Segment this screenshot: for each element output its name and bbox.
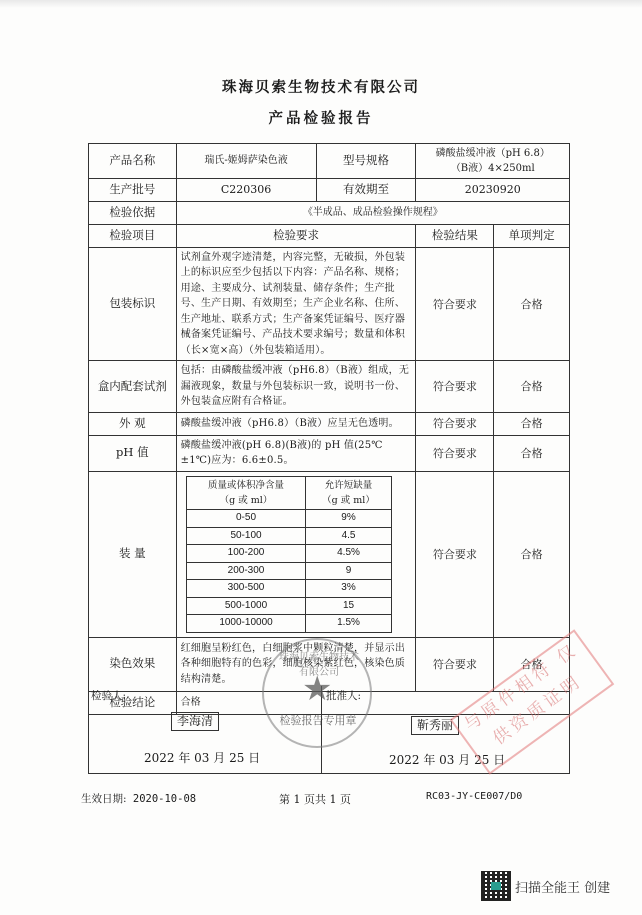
allowed-shortage: 3% xyxy=(306,580,391,598)
table-row: 装 量 质量或体积净含量 （g 或 ml） 允许短缺量 （g 或 ml） 0-5… xyxy=(89,471,570,637)
row-requirement: 红细胞呈粉红色，白细胞浆中颗粒清楚，并显示出各种细胞特有的色彩，细胞核染紫红色，… xyxy=(176,637,416,691)
fill-quantity-row: 0-509% xyxy=(186,510,391,528)
company-name: 珠海贝索生物技术有限公司 xyxy=(0,76,642,97)
fill-quantity-row: 300-5003% xyxy=(186,580,391,598)
table-row: 外 观 磷酸盐缓冲液（pH6.8）（B液）应呈无色透明。 符合要求 合格 xyxy=(89,412,570,435)
allowed-shortage: 1.5% xyxy=(306,615,391,633)
row-result: 符合要求 xyxy=(416,637,494,691)
spec-line-2: （B液）4×250ml xyxy=(420,161,565,176)
row-result: 符合要求 xyxy=(416,361,494,413)
col1-line2: （g 或 ml） xyxy=(189,493,304,508)
column-header-row: 检验项目 检验要求 检验结果 单项判定 xyxy=(89,225,570,248)
row-verdict: 合格 xyxy=(494,361,570,413)
row-verdict: 合格 xyxy=(494,637,570,691)
watermark-text: 扫描全能王 创建 xyxy=(515,877,610,896)
document-page: 珠海贝索生物技术有限公司 产品检验报告 产品名称 瑞氏-姬姆萨染色液 型号规格 … xyxy=(0,0,642,915)
approver-name: 靳秀丽 xyxy=(411,716,459,735)
fill-quantity-col1: 质量或体积净含量 （g 或 ml） xyxy=(186,476,306,509)
col1-line1: 质量或体积净含量 xyxy=(189,478,304,493)
effective-date: 生效日期: 2020-10-08 xyxy=(81,791,196,806)
row-requirement: 试剂盒外观字迹清楚，内容完整，无破损，外包装上的标识应至少包括以下内容：产品名称… xyxy=(176,247,416,361)
table-row: pH 值 磷酸盐缓冲液(pH 6.8)(B液)的 pH 值(25℃±1℃)应为：… xyxy=(89,435,570,471)
col-verdict: 单项判定 xyxy=(494,225,570,248)
row-verdict: 合格 xyxy=(494,471,570,637)
net-content: 200-300 xyxy=(186,562,306,580)
batch-row: 生产批号 C220306 有效期至 20230920 xyxy=(89,179,570,202)
row-requirement: 磷酸盐缓冲液(pH 6.8)(B液)的 pH 值(25℃±1℃)应为：6.6±0… xyxy=(176,435,416,471)
scanner-watermark: 扫描全能王 创建 xyxy=(481,871,610,901)
inspector-date: 2022 年 03 月 25 日 xyxy=(144,749,260,766)
row-item: 染色效果 xyxy=(89,637,177,691)
row-result: 符合要求 xyxy=(416,247,494,361)
expiry-value: 20230920 xyxy=(416,179,570,202)
allowed-shortage: 9 xyxy=(306,562,391,580)
basis-row: 检验依据 《半成品、成品检验操作规程》 xyxy=(89,202,570,225)
row-item: 外 观 xyxy=(89,412,177,435)
report-title: 产品检验报告 xyxy=(0,107,642,128)
effective-date-label: 生效日期: xyxy=(81,793,127,805)
row-requirement: 包括：由磷酸盐缓冲液（pH6.8）（B液）组成，无漏液现象，数量与外包装标识一致… xyxy=(176,361,416,413)
signature-divider xyxy=(321,686,322,773)
fill-quantity-row: 500-100015 xyxy=(186,597,391,615)
allowed-shortage: 4.5% xyxy=(306,545,391,563)
row-result: 符合要求 xyxy=(416,471,494,637)
net-content: 50-100 xyxy=(186,527,306,545)
net-content: 500-1000 xyxy=(186,597,306,615)
inspection-table: 产品名称 瑞氏-姬姆萨染色液 型号规格 磷酸盐缓冲液（pH 6.8） （B液）4… xyxy=(88,143,570,715)
batch-label: 生产批号 xyxy=(89,179,177,202)
document-code: RC03-JY-CE007/D0 xyxy=(426,791,522,802)
spec-value: 磷酸盐缓冲液（pH 6.8） （B液）4×250ml xyxy=(416,144,570,179)
row-result: 符合要求 xyxy=(416,412,494,435)
fill-quantity-table: 质量或体积净含量 （g 或 ml） 允许短缺量 （g 或 ml） 0-509% … xyxy=(186,476,392,633)
signature-section: 检验人: 李海清 2022 年 03 月 25 日 批准人: 靳秀丽 2022 … xyxy=(88,686,570,774)
fill-quantity-col2: 允许短缺量 （g 或 ml） xyxy=(306,476,391,509)
expiry-label: 有效期至 xyxy=(316,179,416,202)
effective-date-value: 2020-10-08 xyxy=(133,793,196,805)
table-row: 染色效果 红细胞呈粉红色，白细胞浆中颗粒清楚，并显示出各种细胞特有的色彩，细胞核… xyxy=(89,637,570,691)
row-item: 盒内配套试剂 xyxy=(89,361,177,413)
page-edge xyxy=(0,0,642,8)
fill-quantity-row: 1000-100001.5% xyxy=(186,615,391,633)
net-content: 0-50 xyxy=(186,510,306,528)
fill-quantity-header: 质量或体积净含量 （g 或 ml） 允许短缺量 （g 或 ml） xyxy=(186,476,391,509)
batch-value: C220306 xyxy=(176,179,316,202)
col2-line2: （g 或 ml） xyxy=(308,493,388,508)
allowed-shortage: 15 xyxy=(306,597,391,615)
row-item: 包装标识 xyxy=(89,247,177,361)
qr-code-icon xyxy=(481,871,511,901)
row-verdict: 合格 xyxy=(494,435,570,471)
fill-quantity-row: 50-1004.5 xyxy=(186,527,391,545)
basis-value: 《半成品、成品检验操作规程》 xyxy=(176,202,569,225)
row-requirement: 磷酸盐缓冲液（pH6.8）（B液）应呈无色透明。 xyxy=(176,412,416,435)
fill-quantity-row: 100-2004.5% xyxy=(186,545,391,563)
row-item: pH 值 xyxy=(89,435,177,471)
product-name-value: 瑞氏-姬姆萨染色液 xyxy=(176,144,316,179)
inspector-label: 检验人: xyxy=(91,688,126,703)
col-item: 检验项目 xyxy=(89,225,177,248)
fill-quantity-row: 200-3009 xyxy=(186,562,391,580)
allowed-shortage: 4.5 xyxy=(306,527,391,545)
approver-date: 2022 年 03 月 25 日 xyxy=(389,751,505,768)
row-item: 装 量 xyxy=(89,471,177,637)
allowed-shortage: 9% xyxy=(306,510,391,528)
row-verdict: 合格 xyxy=(494,247,570,361)
row-result: 符合要求 xyxy=(416,435,494,471)
net-content: 1000-10000 xyxy=(186,615,306,633)
col2-line1: 允许短缺量 xyxy=(308,478,388,493)
net-content: 100-200 xyxy=(186,545,306,563)
table-row: 盒内配套试剂 包括：由磷酸盐缓冲液（pH6.8）（B液）组成，无漏液现象，数量与… xyxy=(89,361,570,413)
table-row: 包装标识 试剂盒外观字迹清楚，内容完整，无破损，外包装上的标识应至少包括以下内容… xyxy=(89,247,570,361)
spec-line-1: 磷酸盐缓冲液（pH 6.8） xyxy=(420,146,565,161)
row-requirement: 质量或体积净含量 （g 或 ml） 允许短缺量 （g 或 ml） 0-509% … xyxy=(176,471,416,637)
col-requirement: 检验要求 xyxy=(176,225,416,248)
inspector-name: 李海清 xyxy=(171,712,219,731)
product-name-row: 产品名称 瑞氏-姬姆萨染色液 型号规格 磷酸盐缓冲液（pH 6.8） （B液）4… xyxy=(89,144,570,179)
product-name-label: 产品名称 xyxy=(89,144,177,179)
page-info: 第 1 页共 1 页 xyxy=(279,791,351,807)
net-content: 300-500 xyxy=(186,580,306,598)
row-verdict: 合格 xyxy=(494,412,570,435)
col-result: 检验结果 xyxy=(416,225,494,248)
approver-label: 批准人: xyxy=(326,688,361,703)
basis-label: 检验依据 xyxy=(89,202,177,225)
spec-label: 型号规格 xyxy=(316,144,416,179)
